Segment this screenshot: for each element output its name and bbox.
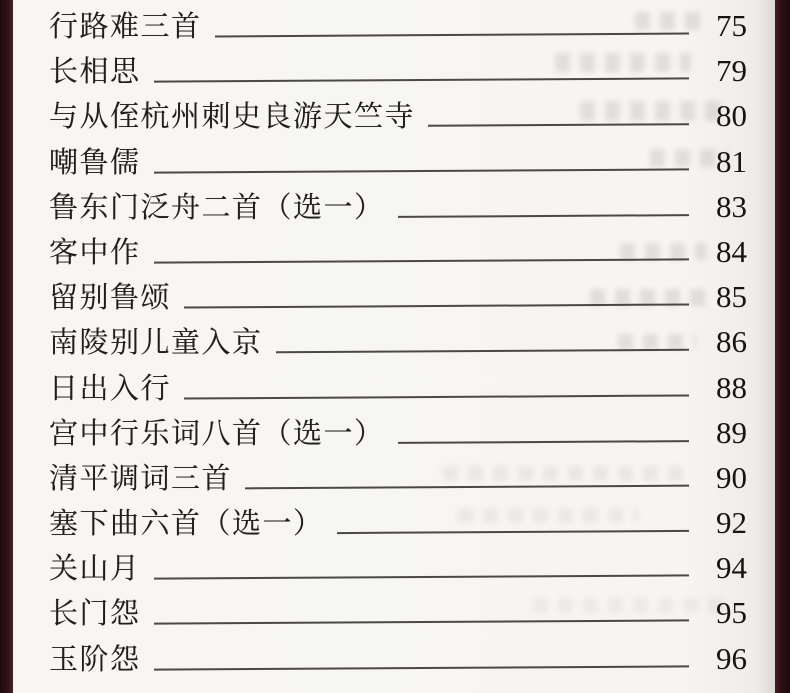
toc-entry-row: 嘲鲁儒 81 [49,140,747,185]
toc-entry-row: 关山月 94 [49,546,747,591]
toc-entry-row: 与从侄杭州刺史良游天竺寺 80 [49,94,747,139]
toc-page-content: 行路难三首 75 长相思 79 与从侄杭州刺史良游天竺寺 80 嘲鲁儒 81 鲁… [13,0,775,693]
toc-entry-title: 玉阶怨 [49,646,141,675]
toc-entry-row: 清平调词三首 90 [49,456,747,501]
toc-entry-page-number: 79 [699,55,747,86]
toc-leader-line [215,33,689,38]
toc-entry-page-number: 89 [699,417,747,448]
toc-entry-row: 客中作 84 [49,230,747,275]
toc-leader-line [154,665,689,670]
toc-entry-page-number: 80 [699,100,747,131]
toc-entry-row: 长相思 79 [49,49,747,94]
toc-leader-line [184,304,689,309]
toc-entry-row: 行路难三首 75 [49,4,747,49]
toc-entry-title: 关山月 [49,555,141,584]
toc-entry-title: 清平调词三首 [49,465,232,494]
toc-leader-line [398,214,689,218]
toc-entry-page-number: 75 [699,10,747,41]
scanned-book-page: 行路难三首 75 长相思 79 与从侄杭州刺史良游天竺寺 80 嘲鲁儒 81 鲁… [0,0,790,693]
toc-entry-title: 嘲鲁儒 [49,149,141,178]
toc-entry-title: 客中作 [49,239,141,268]
toc-entry-row: 鲁东门泛舟二首（选一） 83 [49,185,747,230]
toc-entry-page-number: 95 [699,597,747,628]
toc-entry-row: 长门怨 95 [49,591,747,636]
toc-entry-row: 宫中行乐词八首（选一） 89 [49,411,747,456]
toc-entry-page-number: 85 [699,281,747,312]
toc-entry-title: 鲁东门泛舟二首（选一） [49,194,385,223]
toc-entry-title: 与从侄杭州刺史良游天竺寺 [49,103,415,132]
toc-leader-line [184,394,689,399]
toc-entry-title: 长门怨 [49,600,141,629]
toc-leader-line [398,440,689,444]
toc-entry-page-number: 94 [699,552,747,583]
toc-entry-title: 南陵别儿童入京 [49,329,263,358]
toc-leader-line [154,78,689,83]
toc-entry-page-number: 86 [699,326,747,357]
toc-leader-line [337,530,689,534]
toc-entry-page-number: 92 [699,507,747,538]
toc-leader-line [154,575,689,580]
toc-entry-title: 日出入行 [49,375,171,404]
toc-entry-page-number: 90 [699,462,747,493]
toc-entry-row: 留别鲁颂 85 [49,275,747,320]
toc-entry-title: 行路难三首 [49,13,202,42]
toc-entry-page-number: 81 [699,146,747,177]
toc-leader-line [245,485,689,490]
toc-entry-page-number: 96 [699,643,747,674]
toc-leader-line [276,349,689,354]
toc-leader-line [428,124,689,128]
toc-entry-title: 长相思 [49,58,141,87]
toc-leader-line [154,168,689,173]
toc-leader-line [154,258,689,263]
toc-entry-title: 留别鲁颂 [49,284,171,313]
toc-list: 行路难三首 75 长相思 79 与从侄杭州刺史良游天竺寺 80 嘲鲁儒 81 鲁… [13,0,775,682]
toc-entry-page-number: 88 [699,372,747,403]
toc-entry-title: 塞下曲六首（选一） [49,510,324,539]
toc-entry-row: 南陵别儿童入京 86 [49,320,747,365]
toc-leader-line [154,620,689,625]
book-edge-left [0,0,13,693]
book-edge-right [775,0,790,693]
toc-entry-page-number: 83 [699,191,747,222]
toc-entry-row: 塞下曲六首（选一） 92 [49,501,747,546]
toc-entry-row: 日出入行 88 [49,366,747,411]
toc-entry-row: 玉阶怨 96 [49,637,747,682]
toc-entry-page-number: 84 [699,236,747,267]
toc-entry-title: 宫中行乐词八首（选一） [49,420,385,449]
